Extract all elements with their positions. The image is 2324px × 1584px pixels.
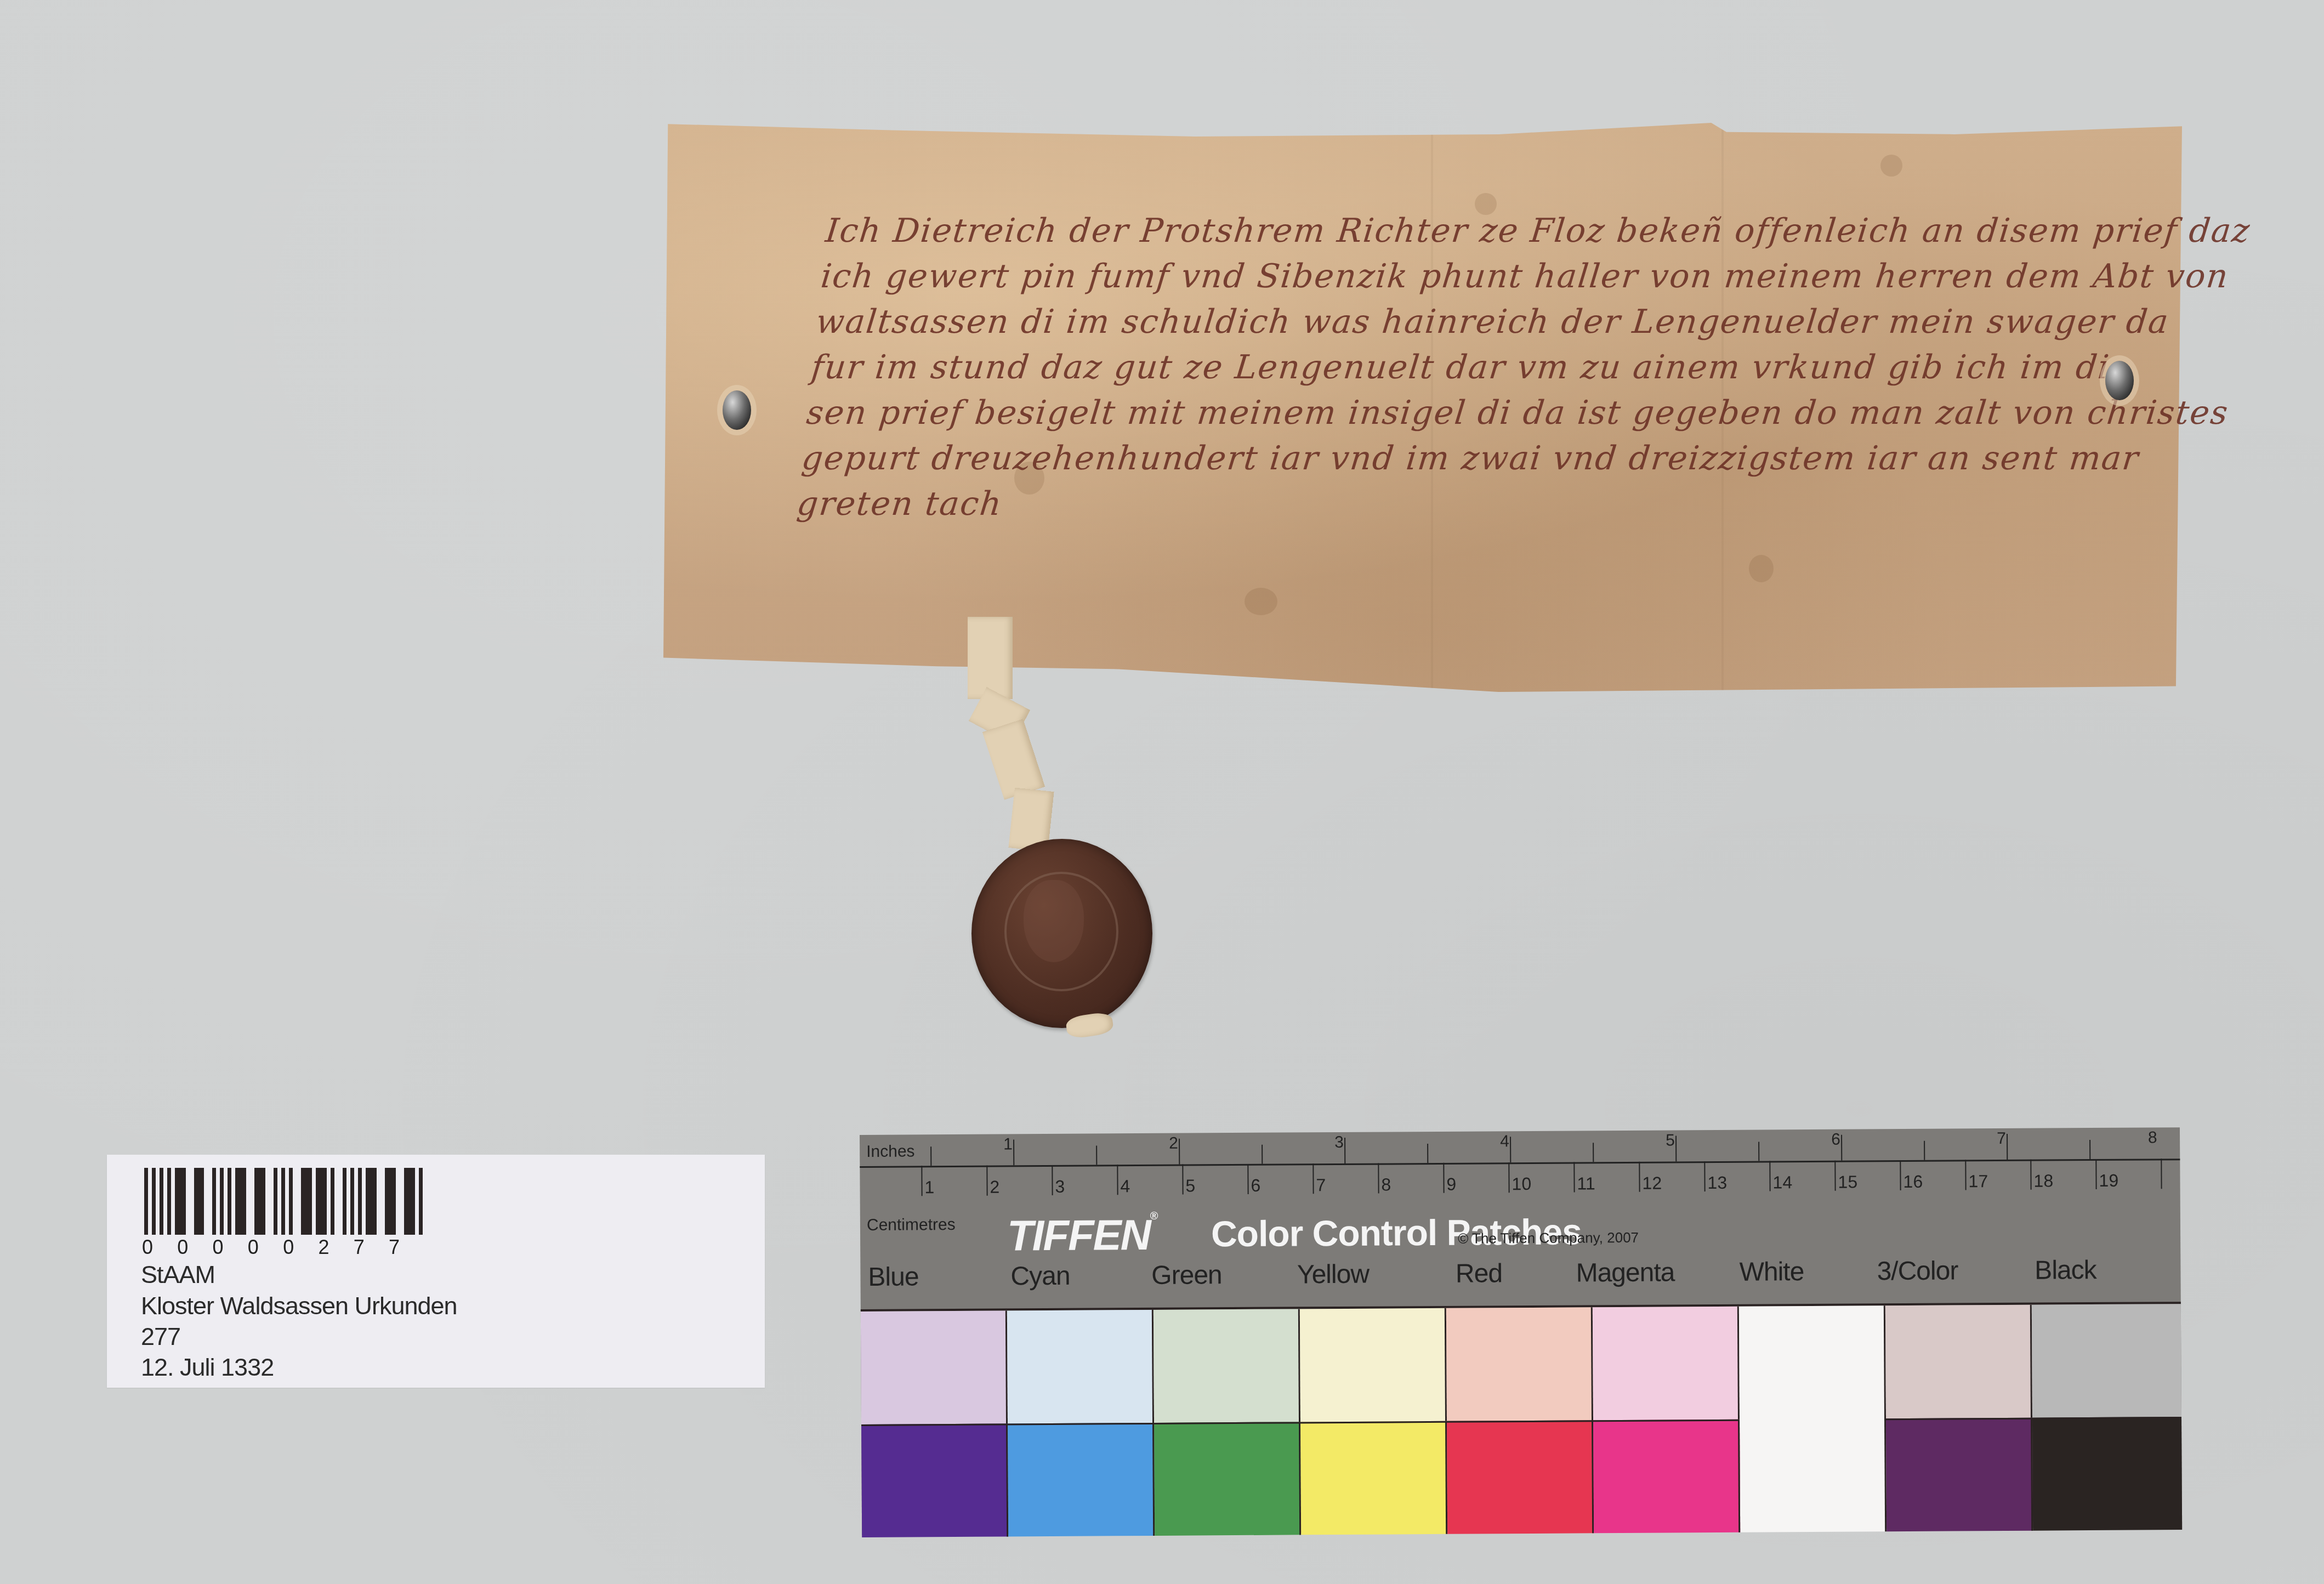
inches-label: Inches bbox=[866, 1142, 915, 1161]
cm-mark: 19 bbox=[2099, 1171, 2118, 1191]
inch-mark: 8 bbox=[2148, 1128, 2157, 1147]
registered-mark: ® bbox=[1150, 1210, 1157, 1222]
wax-seal bbox=[971, 839, 1152, 1028]
patch-red-dark bbox=[1447, 1420, 1594, 1534]
charter-line: Ich Dietreich der Protshrem Richter ze F… bbox=[823, 208, 2089, 254]
patch-label-yellow: Yellow bbox=[1262, 1259, 1404, 1290]
charter-line: waltsassen di im schuldich was hainreich… bbox=[814, 299, 2079, 345]
cm-mark: 7 bbox=[1316, 1175, 1326, 1195]
cm-mark: 17 bbox=[1968, 1171, 1988, 1191]
cm-mark: 4 bbox=[1120, 1176, 1130, 1196]
cm-mark: 15 bbox=[1838, 1172, 1857, 1193]
barcode-digits: 0 0 0 0 0 2 7 7 bbox=[142, 1236, 400, 1259]
cm-mark: 6 bbox=[1251, 1176, 1260, 1196]
charter-text: Ich Dietreich der Protshrem Richter ze F… bbox=[794, 208, 2089, 527]
brand-name: TIFFEN bbox=[1007, 1211, 1150, 1260]
cm-mark: 2 bbox=[990, 1177, 999, 1197]
patch-magenta-light bbox=[1593, 1307, 1740, 1421]
patch-label-black: Black bbox=[1994, 1255, 2137, 1286]
cm-mark: 18 bbox=[2033, 1171, 2053, 1191]
document-number: 277 bbox=[141, 1322, 180, 1351]
color-control-card: Inches 1 2 3 4 5 6 7 8 1 2 3 4 5 6 7 8 9… bbox=[860, 1127, 2182, 1535]
rivet-icon bbox=[2105, 361, 2134, 400]
inch-mark: 7 bbox=[1997, 1129, 2006, 1148]
cm-mark: 8 bbox=[1381, 1174, 1391, 1195]
patch-green-light bbox=[1154, 1309, 1300, 1423]
patch-3color-dark bbox=[1886, 1418, 2033, 1532]
collection-name: Kloster Waldsassen Urkunden bbox=[141, 1292, 457, 1320]
cm-mark: 11 bbox=[1577, 1173, 1595, 1194]
tiffen-logo: TIFFEN® bbox=[1007, 1210, 1157, 1261]
patch-cyan-light bbox=[1007, 1310, 1154, 1424]
archive-name: StAAM bbox=[141, 1261, 215, 1289]
barcode-digit: 2 bbox=[318, 1236, 329, 1259]
inch-mark: 3 bbox=[1334, 1133, 1344, 1152]
seal-tag bbox=[968, 617, 1013, 699]
cm-mark: 3 bbox=[1055, 1177, 1065, 1197]
barcode-digit: 7 bbox=[354, 1236, 365, 1259]
seal-shield-icon bbox=[1024, 880, 1084, 962]
patch-yellow-light bbox=[1300, 1308, 1447, 1422]
stain bbox=[1880, 155, 1902, 177]
patch-magenta-dark bbox=[1593, 1420, 1740, 1534]
charter-line: fur im stund daz gut ze Lengenuelt dar v… bbox=[809, 345, 2075, 390]
charter-line: ich gewert pin fumf vnd Sibenzik phunt h… bbox=[819, 254, 2084, 299]
barcode-digit: 0 bbox=[177, 1236, 188, 1259]
ruler-baseline bbox=[860, 1159, 2180, 1168]
barcode bbox=[144, 1168, 427, 1235]
patch-yellow-dark bbox=[1300, 1421, 1447, 1535]
inch-mark: 4 bbox=[1500, 1132, 1509, 1151]
patch-label-green: Green bbox=[1115, 1260, 1258, 1291]
patch-label-red: Red bbox=[1407, 1258, 1550, 1289]
stain bbox=[1749, 555, 1774, 582]
centimetres-label: Centimetres bbox=[867, 1216, 956, 1235]
cm-mark: 16 bbox=[1903, 1172, 1923, 1192]
color-patches bbox=[861, 1302, 2182, 1537]
inch-mark: 1 bbox=[1003, 1135, 1013, 1154]
cm-mark: 5 bbox=[1185, 1176, 1195, 1196]
cm-mark: 13 bbox=[1707, 1173, 1727, 1193]
barcode-digit: 0 bbox=[248, 1236, 259, 1259]
stain bbox=[1245, 588, 1277, 615]
patch-white bbox=[1739, 1305, 1887, 1532]
patch-labels: Blue Cyan Green Yellow Red Magenta White… bbox=[860, 1254, 2180, 1306]
archive-label: 0 0 0 0 0 2 7 7 StAAM Kloster Waldsassen… bbox=[107, 1155, 765, 1388]
patch-3color-light bbox=[1885, 1305, 2032, 1419]
cm-mark: 9 bbox=[1446, 1174, 1456, 1195]
barcode-digit: 7 bbox=[389, 1236, 400, 1259]
patch-black-light bbox=[2032, 1304, 2181, 1418]
inch-mark: 5 bbox=[1666, 1131, 1675, 1150]
cm-mark: 10 bbox=[1512, 1174, 1531, 1194]
inch-mark: 2 bbox=[1169, 1134, 1178, 1153]
cm-mark: 12 bbox=[1642, 1173, 1662, 1194]
patch-cyan-dark bbox=[1008, 1423, 1155, 1537]
cm-mark: 1 bbox=[924, 1177, 934, 1197]
charter-line: greten tach bbox=[794, 481, 2060, 527]
charter-line: gepurt dreuzehenhundert iar vnd im zwai … bbox=[799, 436, 2065, 481]
patch-green-dark bbox=[1154, 1422, 1301, 1536]
cm-mark: 14 bbox=[1772, 1172, 1792, 1193]
barcode-digit: 0 bbox=[283, 1236, 294, 1259]
patch-red-light bbox=[1446, 1307, 1593, 1421]
patch-blue-light bbox=[861, 1310, 1008, 1424]
document-date: 12. Juli 1332 bbox=[141, 1353, 274, 1382]
copyright-text: © The Tiffen Company, 2007 bbox=[1458, 1229, 1639, 1247]
patch-label-magenta: Magenta bbox=[1554, 1257, 1696, 1288]
barcode-digit: 0 bbox=[213, 1236, 224, 1259]
patch-label-3color: 3/Color bbox=[1846, 1256, 1988, 1286]
patch-label-blue: Blue bbox=[822, 1262, 964, 1292]
patch-blue-dark bbox=[861, 1423, 1008, 1537]
barcode-digit: 0 bbox=[142, 1236, 153, 1259]
patch-black-dark bbox=[2032, 1417, 2182, 1531]
charter-line: sen prief besigelt mit meinem insigel di… bbox=[804, 390, 2070, 436]
patch-label-cyan: Cyan bbox=[969, 1261, 1111, 1291]
patch-label-white: White bbox=[1700, 1257, 1843, 1287]
inch-mark: 6 bbox=[1831, 1131, 1840, 1149]
rivet-icon bbox=[723, 390, 751, 430]
